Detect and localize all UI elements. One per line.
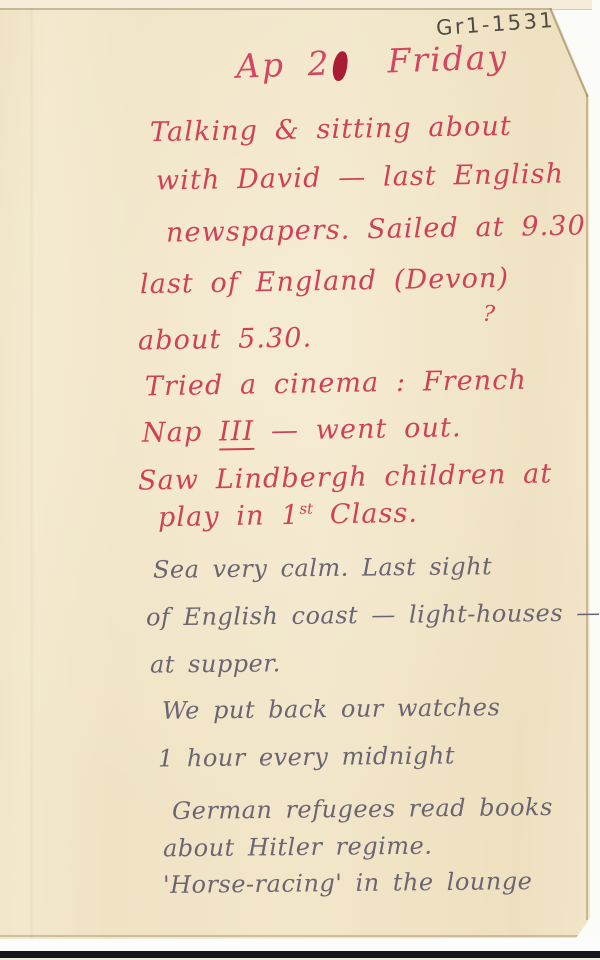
paper-edge-right — [586, 94, 588, 920]
paper-crease — [30, 8, 36, 939]
diary-line-segment: play in 1 — [158, 500, 300, 533]
diary-line: Nap III — went out. — [142, 412, 462, 449]
scanned-diary-page: Gr1-1531 Ap 2Friday Talking & sitting ab… — [0, 0, 600, 960]
diary-line: last of England (Devon) — [140, 263, 510, 300]
diary-line: of English coast — light-houses — — [146, 599, 600, 632]
diary-line: at supper. — [150, 649, 281, 678]
ordinal-superscript: st — [299, 500, 313, 518]
date-heading-prefix: Ap 2 — [235, 43, 331, 85]
diary-line: We put back our watches — [162, 693, 501, 725]
diary-line: about Hitler regime. — [163, 832, 433, 863]
diary-line: 1 hour every midnight — [158, 741, 455, 772]
paper-edge-top — [0, 8, 552, 10]
paper-edge-bottom — [0, 935, 580, 937]
scanner-edge-bar — [0, 951, 600, 958]
diary-line: about 5.30. — [138, 322, 313, 356]
diary-line-segment: — went out. — [254, 412, 462, 447]
diary-line-segment: Class. — [313, 498, 418, 531]
diary-line-segment: Nap — [142, 416, 220, 448]
diary-line: Talking & sitting about — [150, 111, 512, 148]
diary-line: Sea very calm. Last sight — [153, 552, 493, 584]
date-heading-day: Friday — [387, 37, 509, 80]
diary-line: German refugees read books — [172, 793, 553, 825]
ink-blot-icon — [332, 50, 349, 81]
diary-line: 'Horse-racing' in the lounge — [163, 867, 533, 899]
underlined-text: III — [219, 416, 255, 451]
devon-query-mark: ? — [482, 302, 497, 328]
diary-line: play in 1st Class. — [158, 498, 419, 534]
